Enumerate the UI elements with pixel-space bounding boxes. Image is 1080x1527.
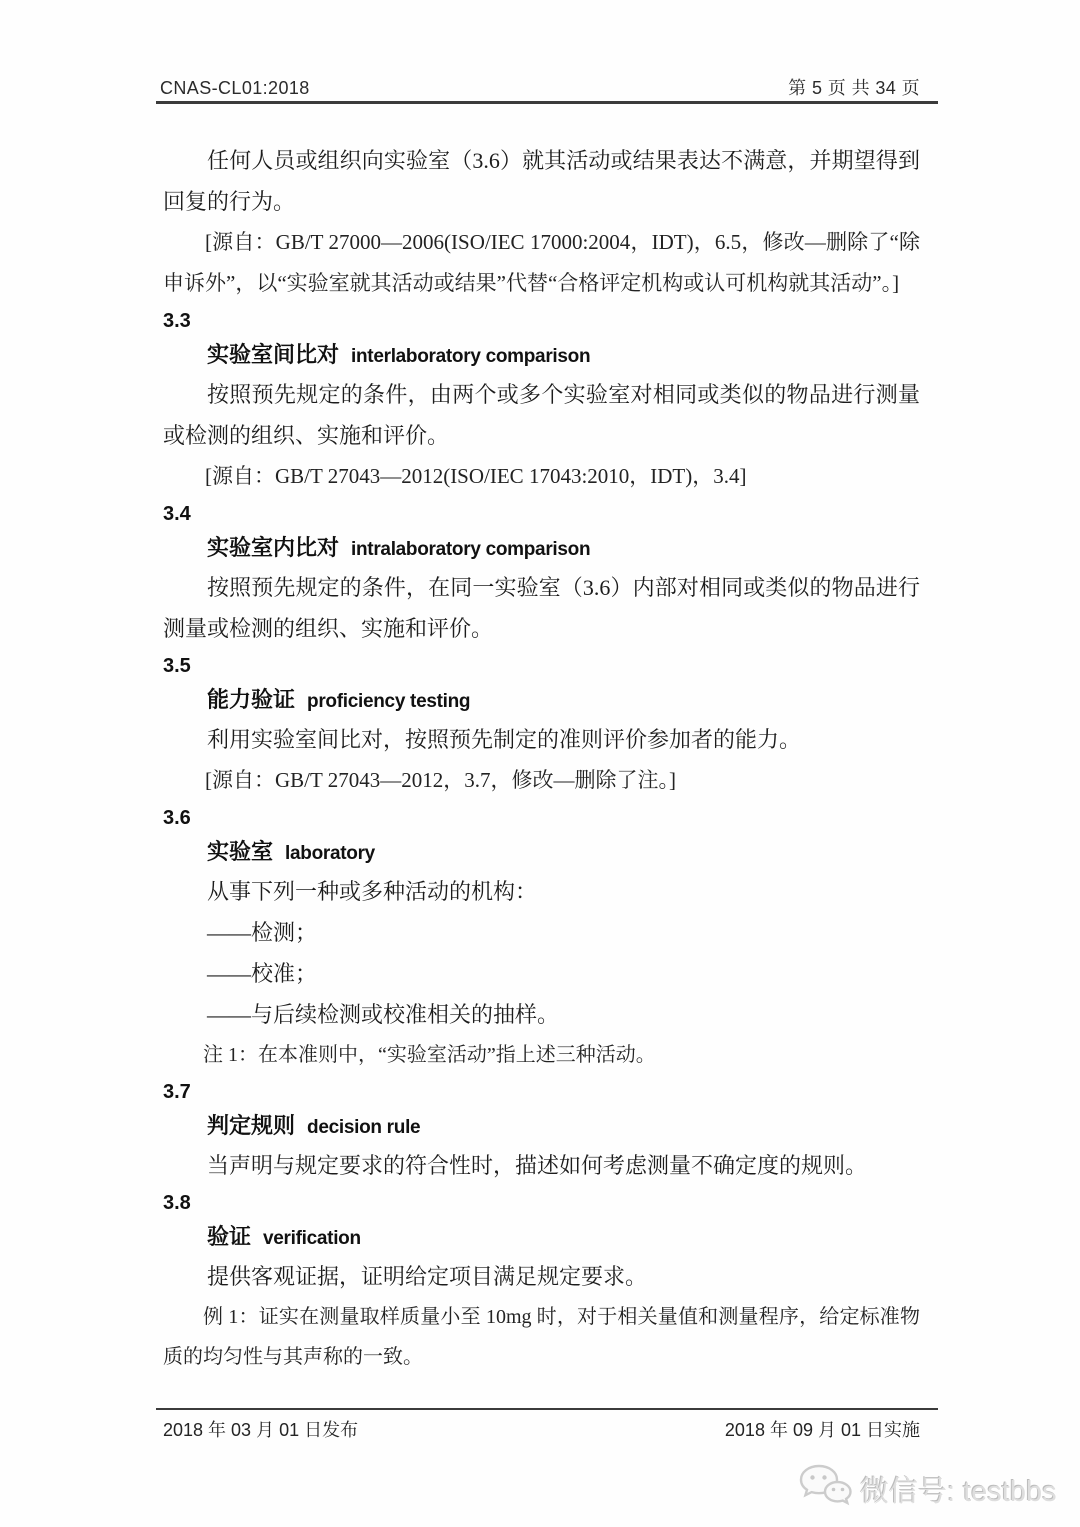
paragraph-definition: 按照预先规定的条件，在同一实验室（3.6）内部对相同或类似的物品进行测量或检测的… bbox=[163, 567, 920, 649]
term-heading-verification: 验证verification bbox=[207, 1220, 920, 1256]
section-number-3-7: 3.7 bbox=[163, 1075, 920, 1109]
wechat-icon bbox=[798, 1462, 852, 1516]
term-zh: 实验室内比对 bbox=[207, 535, 339, 560]
term-heading-laboratory: 实验室laboratory bbox=[207, 835, 920, 871]
list-item-calibration: ——校准； bbox=[163, 953, 920, 994]
implementation-date: 2018 年 09 月 01 日实施 bbox=[725, 1416, 920, 1442]
term-en: laboratory bbox=[285, 843, 375, 864]
term-en: proficiency testing bbox=[307, 691, 470, 712]
term-zh: 能力验证 bbox=[207, 687, 295, 712]
watermark-text: 微信号: testbbs bbox=[860, 1469, 1057, 1510]
list-item-testing: ——检测； bbox=[163, 912, 920, 953]
paragraph-definition: 从事下列一种或多种活动的机构： bbox=[163, 871, 920, 912]
term-en: intralaboratory comparison bbox=[351, 539, 590, 560]
note-1: 注 1：在本准则中，“实验室活动”指上述三种活动。 bbox=[163, 1035, 920, 1075]
term-zh: 验证 bbox=[207, 1224, 251, 1249]
paragraph-definition: 当声明与规定要求的符合性时，描述如何考虑测量不确定度的规则。 bbox=[163, 1145, 920, 1186]
term-en: interlaboratory comparison bbox=[351, 346, 590, 367]
paragraph-definition: 按照预先规定的条件，由两个或多个实验室对相同或类似的物品进行测量或检测的组织、实… bbox=[163, 374, 920, 456]
page-header: CNAS-CL01:2018 第 5 页 共 34 页 bbox=[160, 74, 920, 100]
section-number-3-5: 3.5 bbox=[163, 649, 920, 683]
term-heading-decision-rule: 判定规则decision rule bbox=[207, 1109, 920, 1145]
section-number-3-3: 3.3 bbox=[163, 304, 920, 338]
term-en: verification bbox=[263, 1228, 361, 1249]
example-1: 例 1：证实在测量取样质量小至 10mg 时，对于相关量值和测量程序，给定标准物… bbox=[163, 1297, 920, 1377]
wechat-watermark: 微信号: testbbs bbox=[798, 1462, 1057, 1516]
term-heading-interlaboratory-comparison: 实验室间比对interlaboratory comparison bbox=[207, 338, 920, 374]
document-page: CNAS-CL01:2018 第 5 页 共 34 页 任何人员或组织向实验室（… bbox=[0, 0, 1080, 1527]
section-number-3-4: 3.4 bbox=[163, 497, 920, 531]
page-footer: 2018 年 03 月 01 日发布 2018 年 09 月 01 日实施 bbox=[163, 1416, 920, 1442]
source-note: [源自：GB/T 27043—2012(ISO/IEC 17043:2010，I… bbox=[163, 456, 920, 497]
term-en: decision rule bbox=[307, 1117, 420, 1138]
term-zh: 实验室 bbox=[207, 839, 273, 864]
source-note: [源自：GB/T 27000—2006(ISO/IEC 17000:2004，I… bbox=[163, 222, 920, 304]
section-number-3-6: 3.6 bbox=[163, 801, 920, 835]
list-item-sampling: ——与后续检测或校准相关的抽样。 bbox=[163, 994, 920, 1035]
section-number-3-8: 3.8 bbox=[163, 1186, 920, 1220]
doc-code: CNAS-CL01:2018 bbox=[160, 78, 310, 99]
term-zh: 判定规则 bbox=[207, 1113, 295, 1138]
paragraph-complaint-definition: 任何人员或组织向实验室（3.6）就其活动或结果表达不满意，并期望得到回复的行为。 bbox=[163, 140, 920, 222]
footer-rule bbox=[156, 1408, 938, 1410]
term-heading-intralaboratory-comparison: 实验室内比对intralaboratory comparison bbox=[207, 531, 920, 567]
paragraph-definition: 提供客观证据，证明给定项目满足规定要求。 bbox=[163, 1256, 920, 1297]
source-note: [源自：GB/T 27043—2012，3.7，修改—删除了注。] bbox=[163, 760, 920, 801]
page-number: 第 5 页 共 34 页 bbox=[788, 74, 920, 100]
document-body: 任何人员或组织向实验室（3.6）就其活动或结果表达不满意，并期望得到回复的行为。… bbox=[163, 140, 920, 1377]
term-zh: 实验室间比对 bbox=[207, 342, 339, 367]
paragraph-definition: 利用实验室间比对，按照预先制定的准则评价参加者的能力。 bbox=[163, 719, 920, 760]
term-heading-proficiency-testing: 能力验证proficiency testing bbox=[207, 683, 920, 719]
issue-date: 2018 年 03 月 01 日发布 bbox=[163, 1416, 358, 1442]
header-rule bbox=[156, 101, 938, 104]
